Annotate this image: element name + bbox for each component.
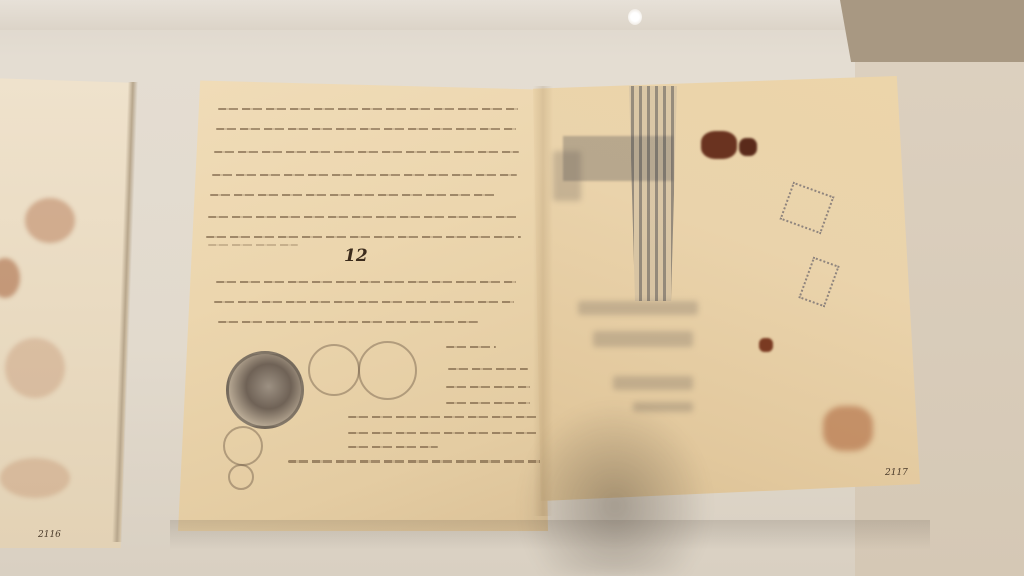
circle-sketch: [308, 344, 360, 396]
handwriting-line: [348, 416, 538, 418]
sepia-sketch-rays: [5, 338, 65, 398]
sepia-sketch-mass: [0, 258, 20, 298]
pencil-shading: [593, 331, 693, 347]
ornament-sketch-brown: [701, 131, 737, 159]
handwriting-line: [348, 432, 538, 434]
handwriting-line: [210, 194, 495, 196]
handwriting-line: [216, 128, 516, 130]
handwriting-line: [348, 446, 438, 448]
handwriting-line: [206, 236, 521, 238]
handwriting-line: [446, 386, 530, 388]
sepia-stain: [823, 406, 873, 451]
portrait-medallion-drawing: [226, 351, 304, 429]
gothic-column-sketch: [623, 86, 683, 301]
handwriting-line: [214, 301, 514, 303]
catalog-number: 2116: [38, 530, 61, 540]
sepia-sketch-figure: [25, 198, 75, 243]
handwriting-line: [218, 321, 478, 323]
handwriting-line: [208, 216, 518, 218]
left-sketch-sheet: 2116: [0, 78, 132, 548]
ceiling-corner: [840, 0, 1024, 62]
lattice-pattern-sketch: [798, 257, 839, 308]
handwriting-line: [218, 108, 518, 110]
ornament-sketch-brown: [739, 138, 757, 156]
pencil-shading: [578, 301, 698, 315]
handwriting-line: [448, 368, 528, 370]
case-shadow: [170, 520, 930, 550]
circle-sketch: [358, 341, 417, 400]
scroll-ornament: [223, 426, 263, 466]
ornament-sketch-small: [759, 338, 773, 352]
scroll-ornament: [228, 464, 254, 490]
ceiling-light: [628, 9, 642, 25]
left-page: 12: [178, 76, 548, 531]
handwriting-faint: [208, 244, 298, 246]
sepia-sketch-lower: [0, 458, 70, 498]
handwriting-line: [216, 281, 516, 283]
handwriting-line: [288, 460, 558, 463]
pendant-sketch: [553, 151, 581, 201]
handwriting-line: [446, 402, 530, 404]
catalog-number: 2117: [885, 468, 908, 478]
pencil-shading: [613, 376, 693, 390]
museum-display-scene: 2116 12: [0, 0, 1024, 576]
lattice-pattern-sketch: [779, 182, 834, 235]
handwriting-line: [212, 174, 517, 176]
page-number: 12: [344, 246, 368, 266]
handwriting-line: [214, 151, 519, 153]
handwriting-line: [446, 346, 496, 348]
